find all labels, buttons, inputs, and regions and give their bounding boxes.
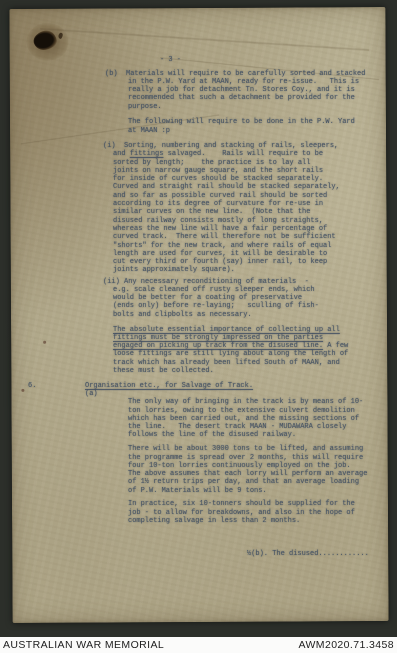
text-segment: and	[113, 150, 130, 158]
text-line: fittings must be strongly impressed on t…	[113, 334, 323, 342]
text-line: and fittings salvaged. Rails will requir…	[113, 150, 323, 158]
text-line: The absolute essential importance of col…	[113, 326, 340, 334]
text-line: The only way of bringing in the track is…	[128, 398, 363, 406]
text-line: There will be about 3000 tons to be lift…	[128, 445, 363, 453]
text-line: recommended that such a detachment be pr…	[128, 94, 355, 102]
page-number: - 3 -	[160, 56, 181, 64]
text-line: follows the line of the disused railway.	[128, 431, 296, 439]
underlined-text: engaged on picking up track from the dis…	[113, 342, 323, 350]
text-line: and so far as possible curved rail shoul…	[113, 192, 327, 200]
text-line: joints approximately square).	[113, 266, 235, 274]
text-line: track which has already been lifted Sout…	[113, 359, 340, 367]
text-line: the programme is spread over 2 months, t…	[128, 454, 363, 462]
text-line: (b) Materials will require to be careful…	[105, 70, 365, 78]
text-line: four 10-ton lorries continuously employe…	[128, 462, 351, 470]
text-line: (ends only) before re-laying; sculling o…	[113, 302, 319, 310]
text-line: (ii) Any necessary reconditioning of mat…	[103, 278, 309, 286]
text-line: Curved and straight rail should be stack…	[113, 183, 340, 191]
text-line: completing salvage in less than 2 months…	[128, 517, 300, 525]
text-line: In practice, six 10-tonners should be su…	[128, 500, 355, 508]
text-line: (i) Sorting, numbering and stacking of r…	[103, 142, 338, 150]
text-line: length are used for curves, it will be d…	[113, 250, 327, 258]
text-line: joints on narrow gauge square, and the s…	[113, 167, 323, 175]
archive-id: AWM2020.71.3458	[298, 639, 394, 651]
text-segment: salvaged. Rails will require to be	[163, 150, 323, 158]
section-number: 6.	[28, 382, 36, 390]
catchword: ½(b). The disused............	[247, 550, 369, 558]
text-line: purpose.	[128, 103, 162, 111]
scanned-document-view: - 3 -(b) Materials will require to be ca…	[0, 0, 397, 653]
text-line: of 1½ return trips per day, and that an …	[128, 478, 359, 486]
archive-caption-bar: AUSTRALIAN WAR MEMORIAL AWM2020.71.3458	[0, 637, 397, 653]
text-line: of P.W. Materials will be 9 tons.	[128, 487, 267, 495]
text-line: bolts and clipbolts as necessary.	[113, 311, 252, 319]
text-line: "shorts" for the new track, and where ra…	[113, 242, 331, 250]
text-line: similar curves on the new line. (Note th…	[113, 208, 310, 216]
text-segment: A few	[323, 342, 348, 350]
text-line: disused railway consists mostly of long …	[113, 217, 323, 225]
text-line: in the P.W. Yard at MAAN, ready for re-i…	[128, 78, 359, 86]
text-line: which has been carried out, and the miss…	[128, 415, 359, 423]
text-line: curved track. There will therefore not b…	[113, 233, 336, 241]
section-heading: Organisation etc., for Salvage of Track.	[85, 382, 253, 390]
text-line: loose fittings are still lying about alo…	[113, 350, 348, 358]
text-line: whereas the new line will have a fair pe…	[113, 225, 327, 233]
text-line: sorted by length; the practice is to lay…	[113, 159, 310, 167]
underlined-text: fittings	[130, 150, 164, 158]
text-line: e.g. scale cleaned off rusty sleeper end…	[113, 286, 315, 294]
text-line: ton lorries, owing to the extensive culv…	[128, 407, 355, 415]
text-line: these must be collected.	[113, 367, 214, 375]
text-line: (a)	[85, 390, 98, 398]
text-line: job - to allow for breakdowns, and also …	[128, 509, 355, 517]
text-line: at MAAN :p	[128, 127, 170, 135]
text-line: The following will require to be done in…	[128, 118, 355, 126]
typewritten-text-layer: - 3 -(b) Materials will require to be ca…	[0, 0, 397, 637]
archive-name: AUSTRALIAN WAR MEMORIAL	[3, 639, 164, 651]
